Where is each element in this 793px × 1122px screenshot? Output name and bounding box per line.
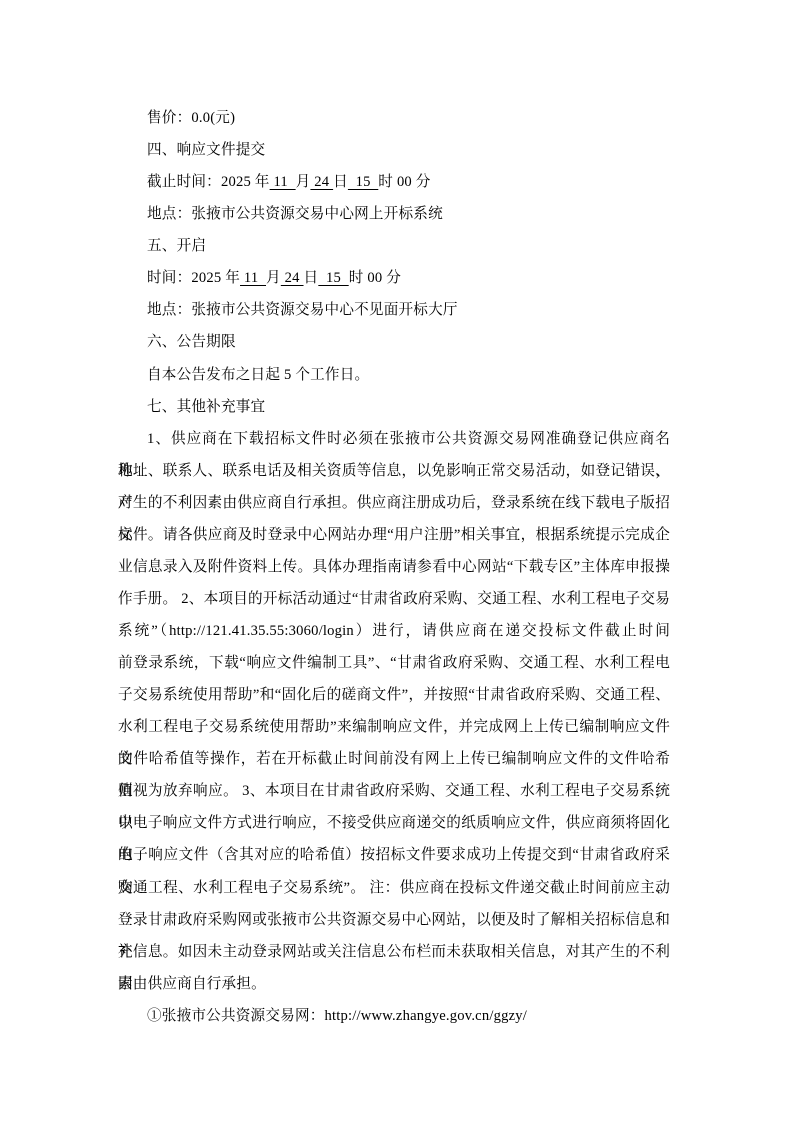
- supplement-paragraph-line: 文件。请各供应商及时登录中心网站办理“用户注册”相关事宜，根据系统提示完成企: [118, 519, 670, 551]
- text-segment: 自本公告发布之日起 5 个工作日。: [147, 367, 369, 383]
- supplement-paragraph-line: 前登录系统，下载“响应文件编制工具”、“甘肃省政府采购、交通工程、水利工程电: [118, 647, 670, 679]
- document-body: 售价：0.0(元)四、响应文件提交截止时间：2025 年 11 月 24 日 1…: [118, 102, 670, 1032]
- text-segment: 四、响应文件提交: [147, 142, 265, 158]
- supplement-paragraph-line: 水利工程电子交易系统使用帮助”来编制响应文件，并完成网上上传已编制响应文件的: [118, 711, 670, 743]
- opening-time-line: 时间：2025 年 11 月 24 日 15 时 00 分: [118, 262, 670, 294]
- text-segment: 地点：张掖市公共资源交易中心网上开标系统: [147, 206, 443, 222]
- text-segment: 日: [304, 270, 319, 286]
- text-segment: 子交易系统使用帮助”和“固化后的磋商文件”，并按照“甘肃省政府采购、交通工程、: [118, 687, 670, 703]
- opening-day-value: 24: [281, 270, 304, 286]
- text-segment: 作手册。 2、本项目的开标活动通过“甘肃省政府采购、交通工程、水利工程电子交易: [118, 591, 670, 607]
- submission-month-value: 11: [270, 174, 296, 190]
- text-segment: 月: [266, 270, 281, 286]
- supplement-paragraph-line: 交通工程、水利工程电子交易系统”。 注：供应商在投标文件递交截止时间前应主动: [118, 872, 670, 904]
- supplement-paragraph-line: 系统”（http://121.41.35.55:3060/login）进行，请供…: [118, 615, 670, 647]
- submission-day-value: 24: [310, 174, 333, 190]
- text-segment: ①张掖市公共资源交易网：http://www.zhangye.gov.cn/gg…: [147, 1008, 527, 1024]
- opening-location-line: 地点：张掖市公共资源交易中心不见面开标大厅: [118, 294, 670, 326]
- submission-location-line: 地点：张掖市公共资源交易中心网上开标系统: [118, 198, 670, 230]
- submission-deadline-line: 截止时间：2025 年 11 月 24 日 15 时 00 分: [118, 166, 670, 198]
- text-segment: 截止时间：2025 年: [147, 174, 270, 190]
- document-page: 售价：0.0(元)四、响应文件提交截止时间：2025 年 11 月 24 日 1…: [0, 0, 793, 1122]
- text-segment: 文件。请各供应商及时登录中心网站办理“用户注册”相关事宜，根据系统提示完成企: [118, 527, 670, 543]
- resource-site-line: ①张掖市公共资源交易网：http://www.zhangye.gov.cn/gg…: [118, 1000, 670, 1032]
- supplement-paragraph-line: 作手册。 2、本项目的开标活动通过“甘肃省政府采购、交通工程、水利工程电子交易: [118, 583, 670, 615]
- text-segment: 地点：张掖市公共资源交易中心不见面开标大厅: [147, 302, 458, 318]
- text-segment: 七、其他补充事宜: [147, 399, 265, 415]
- text-segment: 售价：0.0(元): [147, 110, 235, 126]
- supplement-paragraph-line: 电子响应文件（含其对应的哈希值）按招标文件要求成功上传提交到“甘肃省政府采购、: [118, 839, 670, 871]
- text-segment: 交通工程、水利工程电子交易系统”。 注：供应商在投标文件递交截止时间前应主动: [118, 880, 670, 896]
- supplement-paragraph-line: 1、供应商在下载招标文件时必须在张掖市公共资源交易网准确登记供应商名称、: [118, 423, 670, 455]
- section-7-heading: 七、其他补充事宜: [118, 391, 670, 423]
- supplement-paragraph-line: 地址、联系人、联系电话及相关资质等信息，以免影响正常交易活动，如登记错误，对: [118, 455, 670, 487]
- supplement-paragraph-line: 文件哈希值等操作，若在开标截止时间前没有网上上传已编制响应文件的文件哈希值，: [118, 743, 670, 775]
- text-segment: 时 00 分: [349, 270, 401, 286]
- text-segment: 时间：2025 年: [147, 270, 240, 286]
- text-segment: 日: [333, 174, 348, 190]
- opening-hour-value: 15: [318, 270, 348, 286]
- section-6-heading: 六、公告期限: [118, 326, 670, 358]
- text-segment: 系统”（http://121.41.35.55:3060/login）进行，请供…: [118, 623, 670, 639]
- text-segment: 素由供应商自行承担。: [118, 976, 266, 992]
- text-segment: 时 00 分: [378, 174, 430, 190]
- text-segment: 月: [296, 174, 311, 190]
- supplement-paragraph-line: 素由供应商自行承担。: [118, 968, 670, 1000]
- section-4-heading: 四、响应文件提交: [118, 134, 670, 166]
- submission-hour-value: 15: [348, 174, 378, 190]
- supplement-paragraph-line: 则视为放弃响应。 3、本项目在甘肃省政府采购、交通工程、水利工程电子交易系统中: [118, 775, 670, 807]
- text-segment: 业信息录入及附件资料上传。具体办理指南请参看中心网站“下载专区”主体库申报操: [118, 559, 670, 575]
- supplement-paragraph-line: 业信息录入及附件资料上传。具体办理指南请参看中心网站“下载专区”主体库申报操: [118, 551, 670, 583]
- text-segment: 五、开启: [147, 238, 206, 254]
- section-5-heading: 五、开启: [118, 230, 670, 262]
- text-segment: 六、公告期限: [147, 334, 236, 350]
- text-segment: 前登录系统，下载“响应文件编制工具”、“甘肃省政府采购、交通工程、水利工程电: [118, 655, 670, 671]
- supplement-paragraph-line: 登录甘肃政府采购网或张掖市公共资源交易中心网站，以便及时了解相关招标信息和补: [118, 904, 670, 936]
- supplement-paragraph-line: 产生的不利因素由供应商自行承担。供应商注册成功后，登录系统在线下载电子版招标: [118, 487, 670, 519]
- supplement-paragraph-line: 以电子响应文件方式进行响应，不接受供应商递交的纸质响应文件，供应商须将固化的: [118, 807, 670, 839]
- supplement-paragraph-line: 充信息。如因未主动登录网站或关注信息公布栏而未获取相关信息，对其产生的不利因: [118, 936, 670, 968]
- announcement-period-line: 自本公告发布之日起 5 个工作日。: [118, 359, 670, 391]
- price-line: 售价：0.0(元): [118, 102, 670, 134]
- supplement-paragraph-line: 子交易系统使用帮助”和“固化后的磋商文件”，并按照“甘肃省政府采购、交通工程、: [118, 679, 670, 711]
- opening-month-value: 11: [240, 270, 266, 286]
